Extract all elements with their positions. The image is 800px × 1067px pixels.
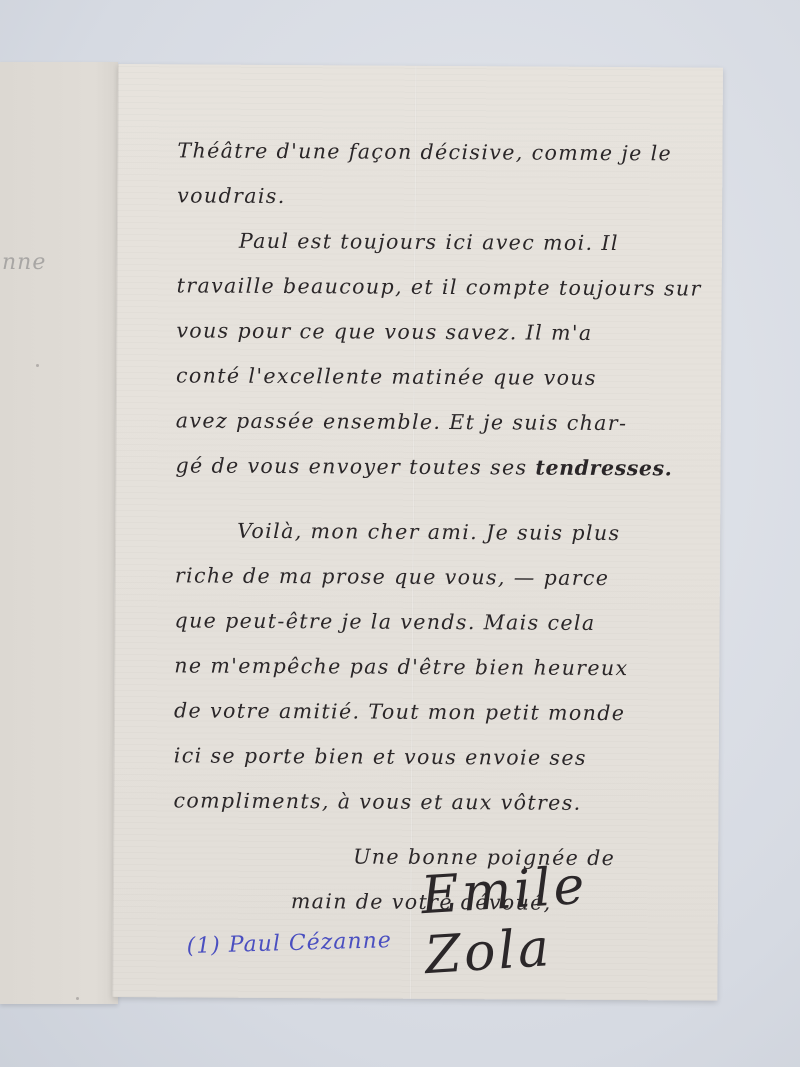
letter-line: de votre amitié. Tout mon petit monde [174,688,714,736]
paper-speck [76,997,79,1000]
letter-line: Théâtre d'une façon décisive, comme je l… [177,128,717,176]
letter-line: avez passée ensemble. Et je suis char- [176,398,716,446]
letter-line: voudrais. [177,173,717,221]
paper-speck [36,364,39,367]
letter-line-text: gé de vous envoyer toutes ses [175,453,527,479]
letter-line: Paul est toujours ici avec moi. Il [177,218,717,266]
letter-line: que peut-être je la vends. Mais cela [174,598,714,646]
letter-line: ne m'empêche pas d'être bien heureux [174,643,714,691]
letter-sheet: Théâtre d'une façon décisive, comme je l… [112,64,723,1001]
letter-line: ici se porte bien et vous envoie ses [174,733,714,781]
faint-bleed-text: nne [2,250,46,275]
letter-line: conté l'excellente matinée que vous [176,353,716,401]
blue-annotation: (1) Paul Cézanne [186,928,392,959]
letter-line-text: Paul est toujours ici avec moi. Il [239,229,619,255]
letter-line: compliments, à vous et aux vôtres. [173,778,713,826]
letter-line: riche de ma prose que vous, — parce [175,553,715,601]
letter-line: vous pour ce que vous savez. Il m'a [176,308,716,356]
signature: Emile Zola [419,848,721,987]
emphasized-word: tendresses. [535,456,672,481]
letter-line: gé de vous envoyer toutes ses tendresses… [175,443,715,491]
left-folded-page: nne [0,62,118,1004]
letter-body: Théâtre d'une façon décisive, comme je l… [173,128,718,926]
letter-line: travaille beaucoup, et il compte toujour… [177,263,717,311]
letter-line: Voilà, mon cher ami. Je suis plus [175,508,715,556]
letter-line-text: Voilà, mon cher ami. Je suis plus [237,519,620,545]
